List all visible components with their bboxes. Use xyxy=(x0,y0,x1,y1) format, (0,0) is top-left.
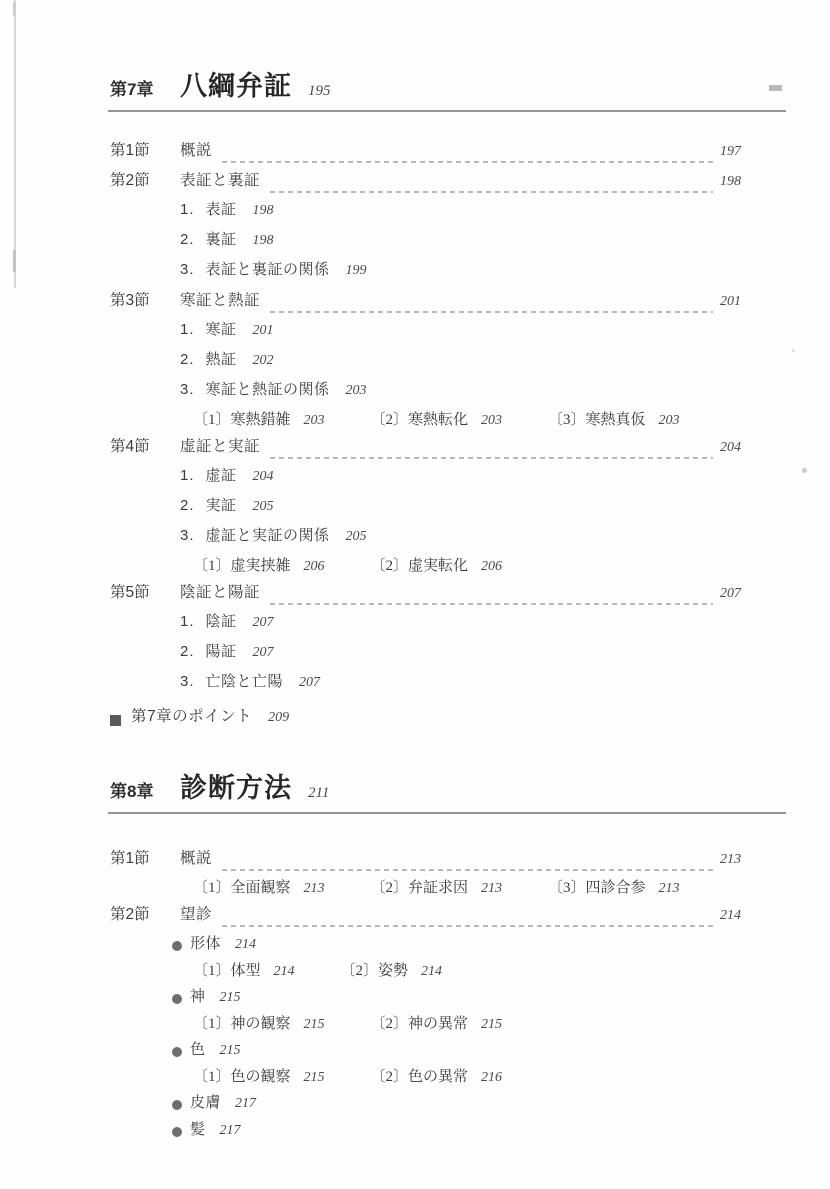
toc-section-row: 第5節陰証と陽証207 xyxy=(110,580,758,610)
circle-bullet-icon xyxy=(172,994,182,1004)
bracket-item: 〔1〕体型214 xyxy=(193,959,295,980)
entry-title: 虚証 xyxy=(206,464,237,485)
chapter-rule xyxy=(108,110,786,112)
toc-item-row: 1.虚証204 xyxy=(110,464,758,494)
toc-item-row: 1.表証198 xyxy=(110,198,758,228)
section-title: 表証と裏証 xyxy=(180,168,260,190)
page-number: 209 xyxy=(268,710,289,726)
page-number: 214 xyxy=(421,964,442,980)
entry-title: 陰証 xyxy=(206,610,237,631)
entry-number: 2. xyxy=(180,351,195,368)
toc-item-row: 1.寒証201 xyxy=(110,318,758,348)
section-label: 第2節 xyxy=(110,168,180,190)
toc-section-row: 第2節表証と裏証198 xyxy=(110,168,758,198)
page-number: 214 xyxy=(274,964,295,980)
page-number: 205 xyxy=(346,529,367,545)
page-number: 198 xyxy=(253,233,274,249)
entry-title: 亡陰と亡陽 xyxy=(206,670,284,691)
entry-number: 1. xyxy=(180,321,195,338)
page-number: 204 xyxy=(253,469,274,485)
bracket-item: 〔3〕四診合参213 xyxy=(548,876,680,897)
entry-title: 髪 xyxy=(190,1118,206,1139)
page-number: 214 xyxy=(720,908,758,924)
page-number: 213 xyxy=(720,852,758,868)
bracket-item-title: 〔2〕神の異常 xyxy=(371,1012,469,1033)
toc-section-row: 第2節望診214 xyxy=(110,902,758,932)
bracket-item-title: 〔2〕弁証求因 xyxy=(371,876,469,897)
entry-number: 1. xyxy=(180,201,195,218)
page-number: 199 xyxy=(346,263,367,279)
toc-item-row: 3.表証と裏証の関係199 xyxy=(110,258,758,288)
toc-bracket-row: 〔1〕全面観察213〔2〕弁証求因213〔3〕四診合参213 xyxy=(110,876,758,902)
entry-number: 3. xyxy=(180,261,195,278)
table-of-contents: 第7章八綱弁証195第1節概説197第2節表証と裏証1981.表証1982.裏証… xyxy=(110,64,758,1145)
toc-section-row: 第1節概説197 xyxy=(110,138,758,168)
entry-title: 色 xyxy=(190,1038,206,1059)
chapter-8-block: 第8章診断方法211第1節概説213〔1〕全面観察213〔2〕弁証求因213〔3… xyxy=(110,766,758,1145)
section-label: 第2節 xyxy=(110,902,180,924)
toc-bullet-row: 皮膚217 xyxy=(110,1091,758,1118)
leader-dots xyxy=(222,869,713,871)
page-number: 197 xyxy=(720,144,758,160)
section-label: 第5節 xyxy=(110,580,180,602)
toc-item-row: 2.熱証202 xyxy=(110,348,758,378)
bracket-item: 〔2〕寒熱転化203 xyxy=(371,408,503,429)
bracket-item-title: 〔1〕寒熱錯雑 xyxy=(193,408,291,429)
page-number: 213 xyxy=(659,881,680,897)
bracket-item-title: 〔2〕色の異常 xyxy=(371,1065,469,1086)
entry-title: 陽証 xyxy=(206,640,237,661)
bracket-item-title: 〔2〕虚実転化 xyxy=(371,554,469,575)
chapter-entries: 第1節概説197第2節表証と裏証1981.表証1982.裏証1983.表証と裏証… xyxy=(110,138,758,736)
entry-number: 1. xyxy=(180,467,195,484)
entry-title: 虚証と実証の関係 xyxy=(206,524,330,545)
bracket-item-title: 〔2〕姿勢 xyxy=(341,959,409,980)
bracket-item-title: 〔3〕寒熱真仮 xyxy=(548,408,646,429)
page-number: 207 xyxy=(253,645,274,661)
scan-artifact-right-mark xyxy=(769,85,782,91)
scan-artifact-dot xyxy=(792,349,795,352)
entry-number: 3. xyxy=(180,673,195,690)
bracket-item-title: 〔1〕色の観察 xyxy=(193,1065,291,1086)
toc-point-row: 第7章のポイント209 xyxy=(110,704,758,736)
page-number: 202 xyxy=(253,353,274,369)
chapter-title: 診断方法 xyxy=(180,766,292,805)
page-number: 206 xyxy=(304,559,325,575)
page-number: 213 xyxy=(481,881,502,897)
section-label: 第1節 xyxy=(110,846,180,868)
section-title: 望診 xyxy=(180,902,212,924)
page-number: 215 xyxy=(304,1017,325,1033)
bracket-item: 〔1〕神の観察215 xyxy=(193,1012,325,1033)
page-number: 207 xyxy=(299,675,320,691)
circle-bullet-icon xyxy=(172,941,182,951)
toc-section-row: 第1節概説213 xyxy=(110,846,758,876)
page-number: 201 xyxy=(253,323,274,339)
entry-title: 皮膚 xyxy=(190,1091,221,1112)
toc-item-row: 3.虚証と実証の関係205 xyxy=(110,524,758,554)
page-number: 205 xyxy=(253,499,274,515)
chapter-page-number: 211 xyxy=(308,785,329,802)
page-number: 206 xyxy=(481,559,502,575)
section-label: 第4節 xyxy=(110,434,180,456)
bracket-item: 〔2〕姿勢214 xyxy=(341,959,443,980)
leader-dots xyxy=(270,457,713,459)
bracket-item-title: 〔3〕四診合参 xyxy=(548,876,646,897)
entry-number: 3. xyxy=(180,527,195,544)
entry-title: 熱証 xyxy=(206,348,237,369)
entry-title: 寒証と熱証の関係 xyxy=(206,378,330,399)
page-number: 215 xyxy=(220,990,241,1006)
chapter-7-block: 第7章八綱弁証195第1節概説197第2節表証と裏証1981.表証1982.裏証… xyxy=(110,64,758,736)
toc-item-row: 2.実証205 xyxy=(110,494,758,524)
bracket-item: 〔1〕全面観察213 xyxy=(193,876,325,897)
entry-number: 2. xyxy=(180,231,195,248)
entry-title: 実証 xyxy=(206,494,237,515)
bracket-item: 〔3〕寒熱真仮203 xyxy=(548,408,680,429)
entry-title: 形体 xyxy=(190,932,221,953)
entry-title: 表証と裏証の関係 xyxy=(206,258,330,279)
toc-bullet-row: 色215 xyxy=(110,1038,758,1065)
page-number: 217 xyxy=(235,1096,256,1112)
section-label: 第3節 xyxy=(110,288,180,310)
toc-bullet-row: 神215 xyxy=(110,985,758,1012)
chapter-rule xyxy=(108,812,786,814)
page-number: 214 xyxy=(235,937,256,953)
section-title: 概説 xyxy=(180,138,212,160)
section-title: 陰証と陽証 xyxy=(180,580,260,602)
toc-bracket-row: 〔1〕神の観察215〔2〕神の異常215 xyxy=(110,1012,758,1038)
circle-bullet-icon xyxy=(172,1127,182,1137)
circle-bullet-icon xyxy=(172,1047,182,1057)
toc-item-row: 2.裏証198 xyxy=(110,228,758,258)
entry-title: 第7章のポイント xyxy=(131,704,252,726)
leader-dots xyxy=(270,311,713,313)
toc-bullet-row: 髪217 xyxy=(110,1118,758,1145)
leader-dots xyxy=(222,925,713,927)
bracket-item-title: 〔1〕体型 xyxy=(193,959,261,980)
page-number: 204 xyxy=(720,440,758,456)
page-number: 213 xyxy=(304,881,325,897)
toc-bracket-row: 〔1〕虚実挟雑206〔2〕虚実転化206 xyxy=(110,554,758,580)
page-number: 203 xyxy=(481,413,502,429)
entry-title: 裏証 xyxy=(206,228,237,249)
toc-section-row: 第4節虚証と実証204 xyxy=(110,434,758,464)
entry-number: 3. xyxy=(180,381,195,398)
entry-title: 表証 xyxy=(206,198,237,219)
entry-number: 1. xyxy=(180,613,195,630)
leader-dots xyxy=(270,603,713,605)
scanned-toc-page: { "colors": { "text": "#3c3c3c", "page_n… xyxy=(0,0,830,1189)
section-title: 寒証と熱証 xyxy=(180,288,260,310)
chapter-page-number: 195 xyxy=(308,83,331,100)
scan-artifact-left-line-tick xyxy=(13,2,16,16)
bracket-item: 〔1〕色の観察215 xyxy=(193,1065,325,1086)
square-bullet-icon xyxy=(110,715,121,726)
toc-item-row: 2.陽証207 xyxy=(110,640,758,670)
bracket-item-title: 〔1〕虚実挟雑 xyxy=(193,554,291,575)
entry-number: 2. xyxy=(180,643,195,660)
entry-title: 神 xyxy=(190,985,206,1006)
chapter-header: 第8章診断方法211 xyxy=(110,766,758,805)
toc-bracket-row: 〔1〕体型214〔2〕姿勢214 xyxy=(110,959,758,985)
entry-number: 2. xyxy=(180,497,195,514)
bracket-item-title: 〔2〕寒熱転化 xyxy=(371,408,469,429)
leader-dots xyxy=(270,191,713,193)
chapter-label: 第7章 xyxy=(110,75,180,100)
page-number: 216 xyxy=(481,1070,502,1086)
page-number: 203 xyxy=(659,413,680,429)
bracket-item: 〔2〕弁証求因213 xyxy=(371,876,503,897)
page-number: 207 xyxy=(720,586,758,602)
section-title: 概説 xyxy=(180,846,212,868)
toc-section-row: 第3節寒証と熱証201 xyxy=(110,288,758,318)
section-label: 第1節 xyxy=(110,138,180,160)
chapter-entries: 第1節概説213〔1〕全面観察213〔2〕弁証求因213〔3〕四診合参213第2… xyxy=(110,846,758,1145)
bracket-item: 〔1〕寒熱錯雑203 xyxy=(193,408,325,429)
page-number: 198 xyxy=(253,203,274,219)
toc-bullet-row: 形体214 xyxy=(110,932,758,959)
toc-bracket-row: 〔1〕色の観察215〔2〕色の異常216 xyxy=(110,1065,758,1091)
page-number: 215 xyxy=(481,1017,502,1033)
page-number: 217 xyxy=(220,1123,241,1139)
page-number: 201 xyxy=(720,294,758,310)
bracket-item-title: 〔1〕全面観察 xyxy=(193,876,291,897)
page-number: 203 xyxy=(304,413,325,429)
chapter-title: 八綱弁証 xyxy=(180,64,292,103)
leader-dots xyxy=(222,161,713,163)
scan-artifact-left-line xyxy=(14,0,16,288)
bracket-item: 〔2〕色の異常216 xyxy=(371,1065,503,1086)
page-number: 215 xyxy=(220,1043,241,1059)
circle-bullet-icon xyxy=(172,1100,182,1110)
scan-artifact-dot xyxy=(802,468,807,473)
chapter-header: 第7章八綱弁証195 xyxy=(110,64,758,103)
page-number: 215 xyxy=(304,1070,325,1086)
page-number: 198 xyxy=(720,174,758,190)
bracket-item-title: 〔1〕神の観察 xyxy=(193,1012,291,1033)
toc-item-row: 3.寒証と熱証の関係203 xyxy=(110,378,758,408)
toc-item-row: 1.陰証207 xyxy=(110,610,758,640)
scan-artifact-left-line-dark-segment xyxy=(13,250,16,272)
bracket-item: 〔2〕虚実転化206 xyxy=(371,554,503,575)
toc-bracket-row: 〔1〕寒熱錯雑203〔2〕寒熱転化203〔3〕寒熱真仮203 xyxy=(110,408,758,434)
page-number: 207 xyxy=(253,615,274,631)
bracket-item: 〔2〕神の異常215 xyxy=(371,1012,503,1033)
section-title: 虚証と実証 xyxy=(180,434,260,456)
toc-item-row: 3.亡陰と亡陽207 xyxy=(110,670,758,700)
bracket-item: 〔1〕虚実挟雑206 xyxy=(193,554,325,575)
entry-title: 寒証 xyxy=(206,318,237,339)
page-number: 203 xyxy=(346,383,367,399)
chapter-label: 第8章 xyxy=(110,777,180,802)
